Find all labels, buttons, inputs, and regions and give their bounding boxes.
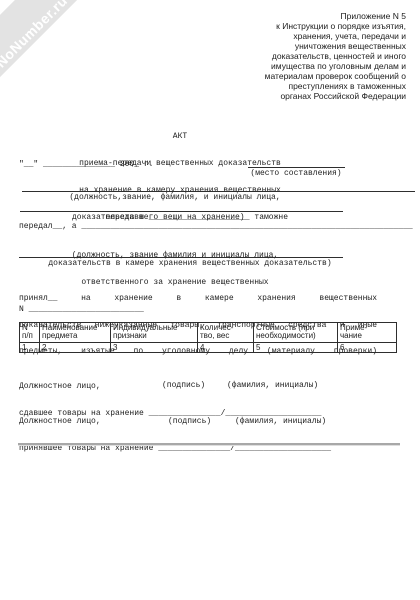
transferer-caption-2: передавшего вещи на хранение) bbox=[20, 213, 330, 222]
signature-receiver-block: Должностное лицо, принявшее товары на хр… bbox=[19, 399, 331, 471]
date-line: "__" _______________ 200_ г. bbox=[19, 160, 153, 169]
act-title-line: АКТ bbox=[20, 132, 340, 141]
accept-line: принял__ на хранение в камере хранения в… bbox=[19, 295, 377, 304]
appendix-note-line: уничтожения вещественных bbox=[265, 41, 406, 51]
table-number-cell: 6 bbox=[338, 343, 397, 353]
appendix-note-line: органах Российской Федерации bbox=[265, 91, 406, 101]
custodian-underline bbox=[19, 257, 343, 258]
peredal-line: передал__, а ___________________________… bbox=[19, 222, 413, 231]
case-number-line: N ________________________ bbox=[19, 305, 144, 314]
place-underline bbox=[248, 167, 345, 168]
table-header-cell-num: N п/п bbox=[20, 323, 40, 343]
table-header-cell-note: Приме- чание bbox=[338, 323, 397, 343]
table-header-row: N п/п Наименование предмета Индивидуальн… bbox=[20, 323, 397, 343]
evidence-table: N п/п Наименование предмета Индивидуальн… bbox=[19, 322, 397, 353]
appendix-note-line: к Инструкции о порядке изъятия, bbox=[265, 21, 406, 31]
place-caption: (место составления) bbox=[246, 169, 346, 178]
table-number-row: 1 2 3 4 5 6 bbox=[20, 343, 397, 353]
appendix-note-line: доказательств, ценностей и иного bbox=[265, 51, 406, 61]
transferer-underline-2 bbox=[20, 211, 343, 212]
table-header-cell-item: Наименование предмета bbox=[40, 323, 111, 343]
appendix-note-line: преступлениях в таможенных bbox=[265, 81, 406, 91]
table-number-cell: 5 bbox=[254, 343, 338, 353]
signature-giver-name-caption: (фамилия, инициалы) bbox=[227, 381, 318, 390]
custodian-caption-bottom: доказательств в камере хранения веществе… bbox=[20, 259, 360, 268]
watermark-band: NoNumber.ru bbox=[0, 0, 109, 109]
appendix-note-line: имущества по уголовным делам и bbox=[265, 61, 406, 71]
bottom-divider bbox=[18, 443, 400, 446]
table-number-cell: 4 bbox=[198, 343, 254, 353]
table-header-cell-cost: Стоимость (при необходимости) bbox=[254, 323, 338, 343]
signature-giver-sign-caption: (подпись) bbox=[162, 381, 205, 390]
signature-receiver-name-caption: (фамилия, инициалы) bbox=[235, 417, 326, 426]
watermark-text: NoNumber.ru bbox=[0, 0, 72, 72]
transferer-underline-1 bbox=[22, 191, 415, 192]
appendix-note-line: материалам проверок сообщений о bbox=[265, 71, 406, 81]
table-number-cell: 1 bbox=[20, 343, 40, 353]
table-number-cell: 2 bbox=[40, 343, 111, 353]
document-page: NoNumber.ru Приложение N 5 к Инструкции … bbox=[0, 0, 420, 600]
appendix-note-line: Приложение N 5 bbox=[265, 11, 406, 21]
transferer-caption-1: (должность,звание, фамилия, и инициалы л… bbox=[20, 193, 330, 202]
table-header-cell-quantity: Количес- тво, вес bbox=[198, 323, 254, 343]
appendix-note-line: хранения, учета, передачи и bbox=[265, 31, 406, 41]
table-header-cell-features: Индивидуальные признаки bbox=[111, 323, 198, 343]
signature-receiver-sign-caption: (подпись) bbox=[168, 417, 211, 426]
table-number-cell: 3 bbox=[111, 343, 198, 353]
appendix-note: Приложение N 5 к Инструкции о порядке из… bbox=[265, 11, 406, 101]
